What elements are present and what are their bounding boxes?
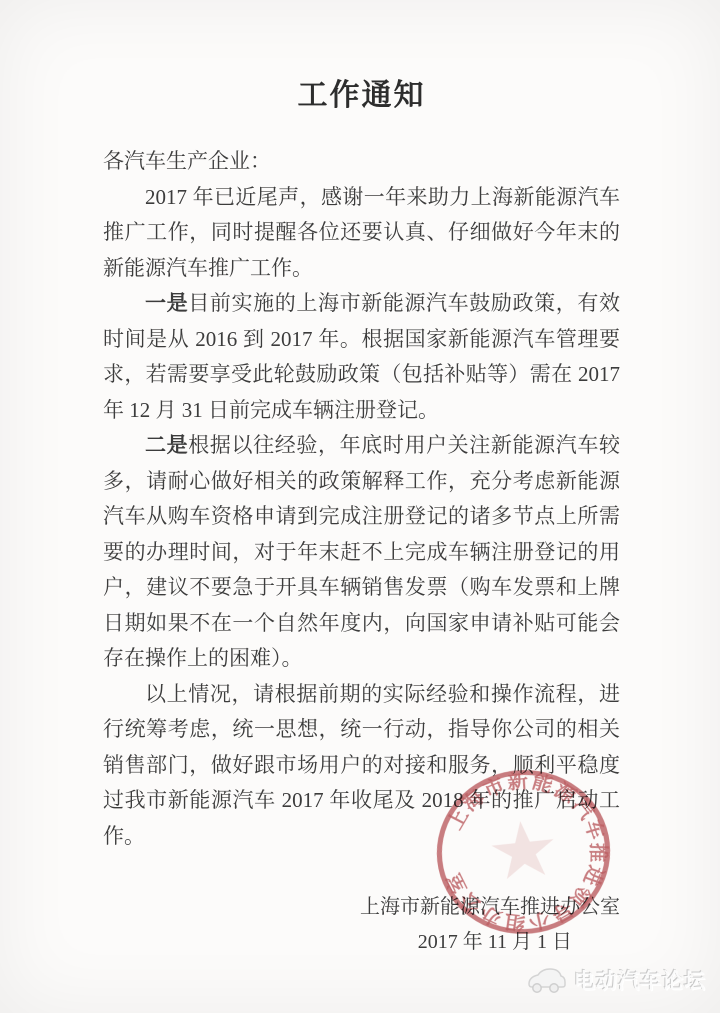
signature-block: 上海市新能源汽车推进办公室 2017 年 11 月 1 日: [103, 890, 620, 960]
paragraph-point-2-lead: 二是: [145, 433, 188, 457]
paragraph-point-2: 二是根据以往经验，年底时用户关注新能源汽车较多，请耐心做好相关的政策解释工作，充…: [103, 428, 620, 677]
signature-office: 上海市新能源汽车推进办公室: [103, 890, 620, 925]
paragraph-intro: 2017 年已近尾声，感谢一年来助力上海新能源汽车推广工作，同时提醒各位还要认真…: [103, 180, 620, 287]
paragraph-closing-text: 以上情况，请根据前期的实际经验和操作流程，进行统筹考虑，统一思想，统一行动，指导…: [103, 682, 620, 848]
document-page: 工作通知 各汽车生产企业： 2017 年已近尾声，感谢一年来助力上海新能源汽车推…: [0, 0, 720, 1013]
document-content: 工作通知 各汽车生产企业： 2017 年已近尾声，感谢一年来助力上海新能源汽车推…: [103, 0, 620, 960]
paragraph-point-1: 一是目前实施的上海市新能源汽车鼓励政策，有效时间是从 2016 到 2017 年…: [103, 286, 620, 428]
salutation: 各汽车生产企业：: [103, 144, 620, 180]
document-body: 各汽车生产企业： 2017 年已近尾声，感谢一年来助力上海新能源汽车推广工作，同…: [103, 144, 620, 854]
signature-date: 2017 年 11 月 1 日: [103, 925, 620, 960]
paragraph-closing: 以上情况，请根据前期的实际经验和操作流程，进行统筹考虑，统一思想，统一行动，指导…: [103, 677, 620, 855]
page-title: 工作通知: [103, 70, 620, 114]
paragraph-point-1-lead: 一是: [145, 291, 188, 315]
watermark: 电动汽车论坛: [524, 965, 706, 995]
car-icon: [524, 965, 566, 995]
paragraph-point-2-text: 根据以往经验，年底时用户关注新能源汽车较多，请耐心做好相关的政策解释工作，充分考…: [103, 433, 620, 670]
watermark-text: 电动汽车论坛: [574, 965, 706, 995]
paragraph-intro-text: 2017 年已近尾声，感谢一年来助力上海新能源汽车推广工作，同时提醒各位还要认真…: [103, 185, 620, 280]
